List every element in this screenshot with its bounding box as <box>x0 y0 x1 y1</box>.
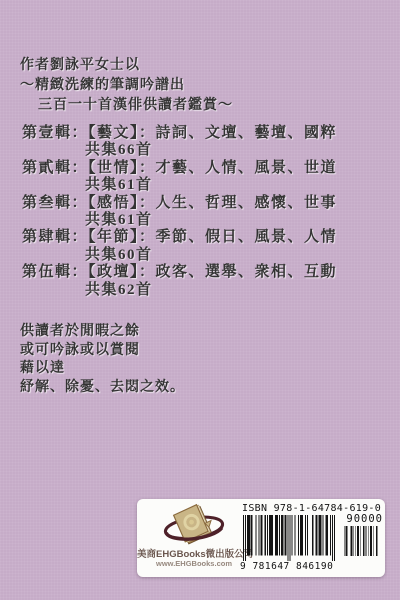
volume-title: 第伍輯：【政壇】：政客、選舉、衆相、互動 <box>22 264 337 281</box>
publisher-website: www.EHGBooks.com <box>137 559 251 568</box>
volume-title: 第壹輯：【藝文】：詩詞、文壇、藝壇、國粹 <box>22 125 337 142</box>
volume-entry: 第伍輯：【政壇】：政客、選舉、衆相、互動 共集62首 <box>22 264 337 299</box>
intro-line: 作者劉詠平女士以 <box>20 56 233 76</box>
price-code: 90000 <box>335 513 383 525</box>
volume-count: 共集61首 <box>22 177 337 194</box>
volume-title: 第叁輯：【感悟】：人生、哲理、感懷、世事 <box>22 195 337 212</box>
supplement-barcode <box>344 526 378 556</box>
outro-text: 供讀者於閒暇之餘 或可吟詠或以賞閱 藉以達 紓解、除憂、去悶之效。 <box>20 323 185 397</box>
ehgbooks-book-logo-icon <box>151 499 237 547</box>
volume-title: 第肆輯：【年節】：季節、假日、風景、人情 <box>22 229 337 246</box>
volume-count: 共集62首 <box>22 282 337 299</box>
volume-entry: 第貳輯：【世情】：才藝、人情、風景、世道 共集61首 <box>22 160 337 195</box>
volume-count: 共集60首 <box>22 247 337 264</box>
outro-line: 藉以達 <box>20 360 185 379</box>
publisher-barcode-box: 美商EHGBooks微出版公司 www.EHGBooks.com ISBN 97… <box>137 499 385 577</box>
outro-line: 紓解、除憂、去悶之效。 <box>20 379 185 398</box>
intro-text: 作者劉詠平女士以 ～精緻洗練的筆調吟譜出 三百一十首漢俳供讀者鑑賞～ <box>20 56 233 116</box>
outro-line: 供讀者於閒暇之餘 <box>20 323 185 342</box>
volume-title: 第貳輯：【世情】：才藝、人情、風景、世道 <box>22 160 337 177</box>
publisher-name: 美商EHGBooks微出版公司 <box>137 546 251 560</box>
ean13-barcode <box>243 515 335 561</box>
intro-line: ～精緻洗練的筆調吟譜出 <box>20 76 233 96</box>
intro-line: 三百一十首漢俳供讀者鑑賞～ <box>20 96 233 116</box>
volume-count: 共集66首 <box>22 142 337 159</box>
book-back-cover: 作者劉詠平女士以 ～精緻洗練的筆調吟譜出 三百一十首漢俳供讀者鑑賞～ 第壹輯：【… <box>0 0 400 600</box>
volume-entry: 第壹輯：【藝文】：詩詞、文壇、藝壇、國粹 共集66首 <box>22 125 337 160</box>
outro-line: 或可吟詠或以賞閱 <box>20 342 185 361</box>
barcode-digits: 9 781647 846190 <box>240 561 338 572</box>
volume-count: 共集61首 <box>22 212 337 229</box>
volume-entry: 第肆輯：【年節】：季節、假日、風景、人情 共集60首 <box>22 229 337 264</box>
volume-entry: 第叁輯：【感悟】：人生、哲理、感懷、世事 共集61首 <box>22 195 337 230</box>
volume-list: 第壹輯：【藝文】：詩詞、文壇、藝壇、國粹 共集66首 第貳輯：【世情】：才藝、人… <box>22 125 337 299</box>
